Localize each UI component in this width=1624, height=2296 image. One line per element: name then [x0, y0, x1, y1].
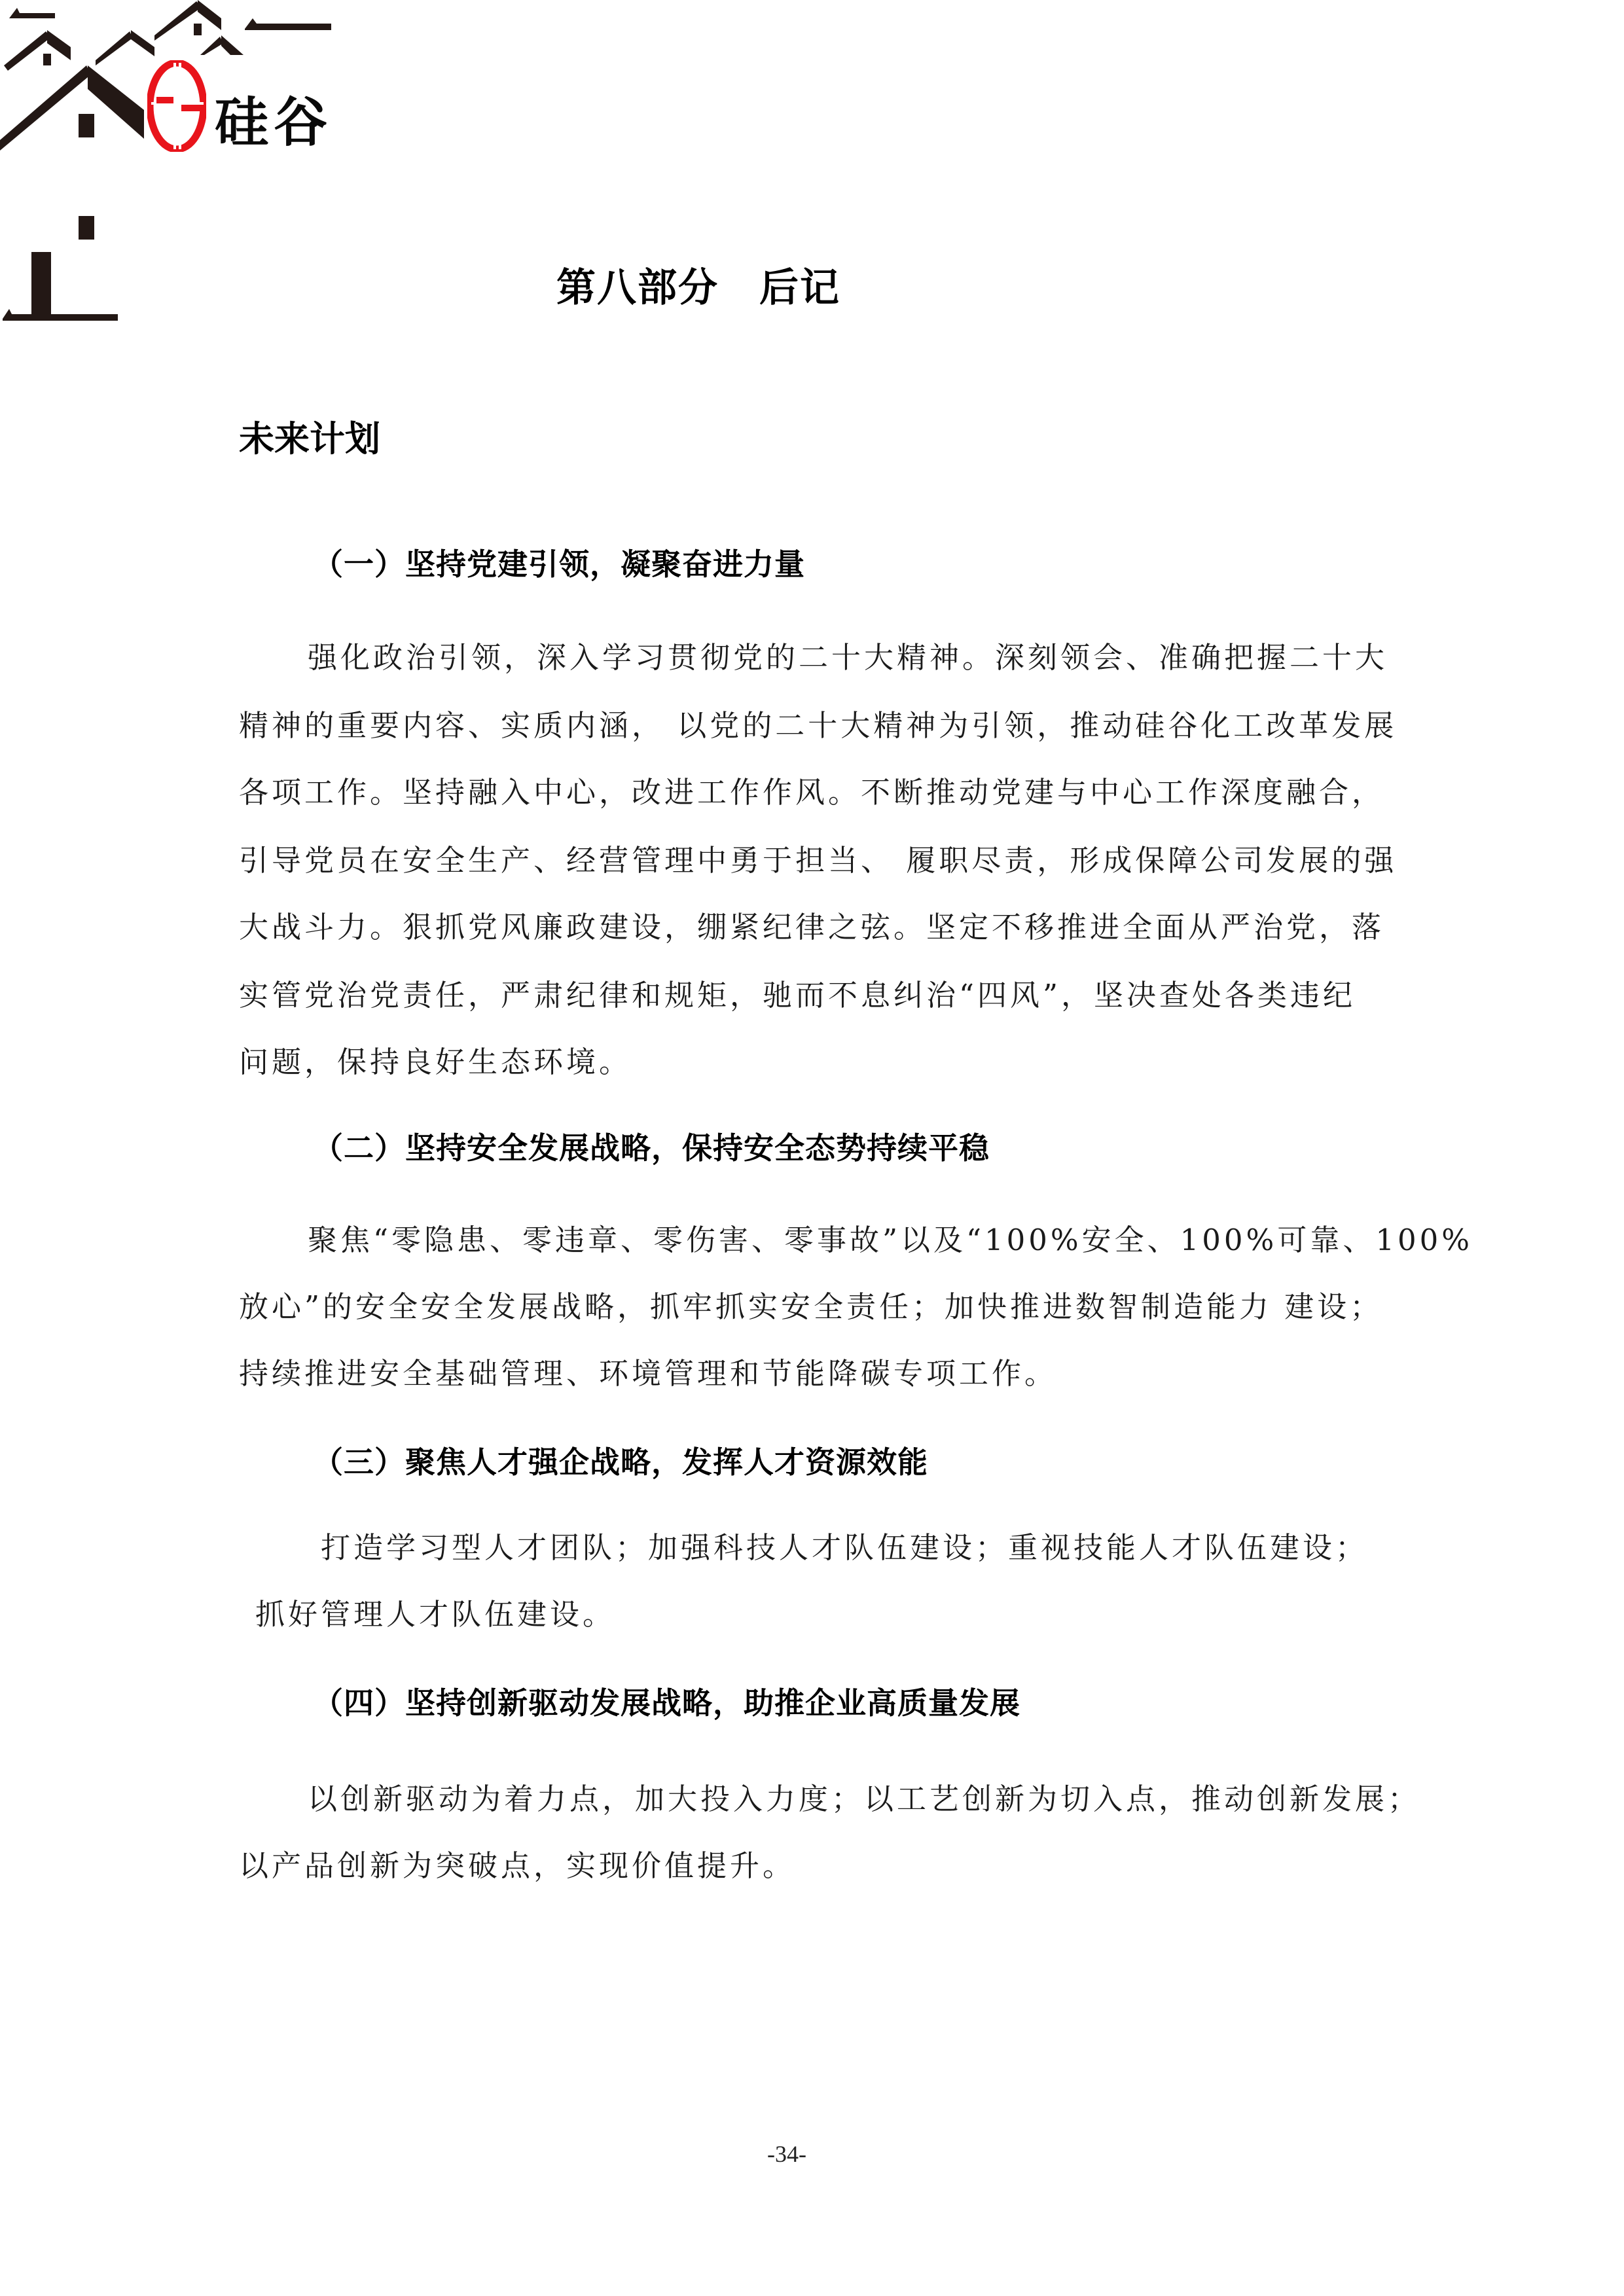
- subsection-heading-2: （二）坚持安全发展战略，保持安全态势持续平稳: [313, 1124, 990, 1168]
- paragraph-1-line-5: 大战斗力。狠抓党风廉政建设，绷紧纪律之弦。坚定不移推进全面从严治党，落: [239, 903, 1384, 946]
- paragraph-1-line-1: 强化政治引领，深入学习贯彻党的二十大精神。深刻领会、准确把握二十大: [308, 634, 1388, 676]
- subsection-heading-1: （一）坚持党建引领，凝聚奋进力量: [313, 541, 805, 584]
- company-logo: 硅谷: [0, 0, 550, 367]
- paragraph-4-line-1: 以创新驱动为着力点，加大投入力度；以工艺创新为切入点，推动创新发展；: [308, 1775, 1420, 1818]
- subsection-heading-4: （四）坚持创新驱动发展战略，助推企业高质量发展: [313, 1679, 1020, 1723]
- section-heading: 未来计划: [239, 411, 380, 461]
- paragraph-2-line-2: 放心”的安全安全发展战略，抓牢抓实安全责任；加快推进数智制造能力 建设；: [239, 1283, 1382, 1325]
- paragraph-4-line-2: 以产品创新为突破点，实现价值提升。: [239, 1842, 795, 1884]
- page-number: -34-: [767, 2140, 806, 2168]
- paragraph-2-line-3: 持续推进安全基础管理、环境管理和节能降碳专项工作。: [239, 1350, 1057, 1392]
- paragraph-3-line-2: 抓好管理人才队伍建设。: [255, 1590, 615, 1633]
- page-title: 第八部分 后记: [556, 257, 840, 313]
- brand-name: 硅谷: [215, 80, 333, 156]
- page-title-text: 第八部分 后记: [556, 265, 840, 311]
- paragraph-1-line-6: 实管党治党责任，严肃纪律和规矩，驰而不息纠治“四风”，坚决查处各类违纪: [239, 971, 1356, 1014]
- paragraph-2-line-1: 聚焦“零隐患、零违章、零伤害、零事故”以及“100%安全、100%可靠、100%: [308, 1216, 1473, 1259]
- s-emblem-icon: [147, 60, 206, 152]
- rooftops-logo-icon: [0, 0, 550, 367]
- paragraph-1-line-2: 精神的重要内容、实质内涵， 以党的二十大精神为引领，推动硅谷化工改革发展: [239, 702, 1397, 744]
- paragraph-1-line-3: 各项工作。坚持融入中心，改进工作作风。不断推动党建与中心工作深度融合，: [239, 768, 1384, 811]
- paragraph-1-line-4: 引导党员在安全生产、经营管理中勇于担当、 履职尽责，形成保障公司发展的强: [239, 836, 1397, 879]
- paragraph-3-line-1: 打造学习型人才团队；加强科技人才队伍建设；重视技能人才队伍建设；: [321, 1524, 1368, 1566]
- paragraph-1-line-7: 问题，保持良好生态环境。: [239, 1038, 632, 1081]
- subsection-heading-3: （三）聚焦人才强企战略，发挥人才资源效能: [313, 1439, 928, 1482]
